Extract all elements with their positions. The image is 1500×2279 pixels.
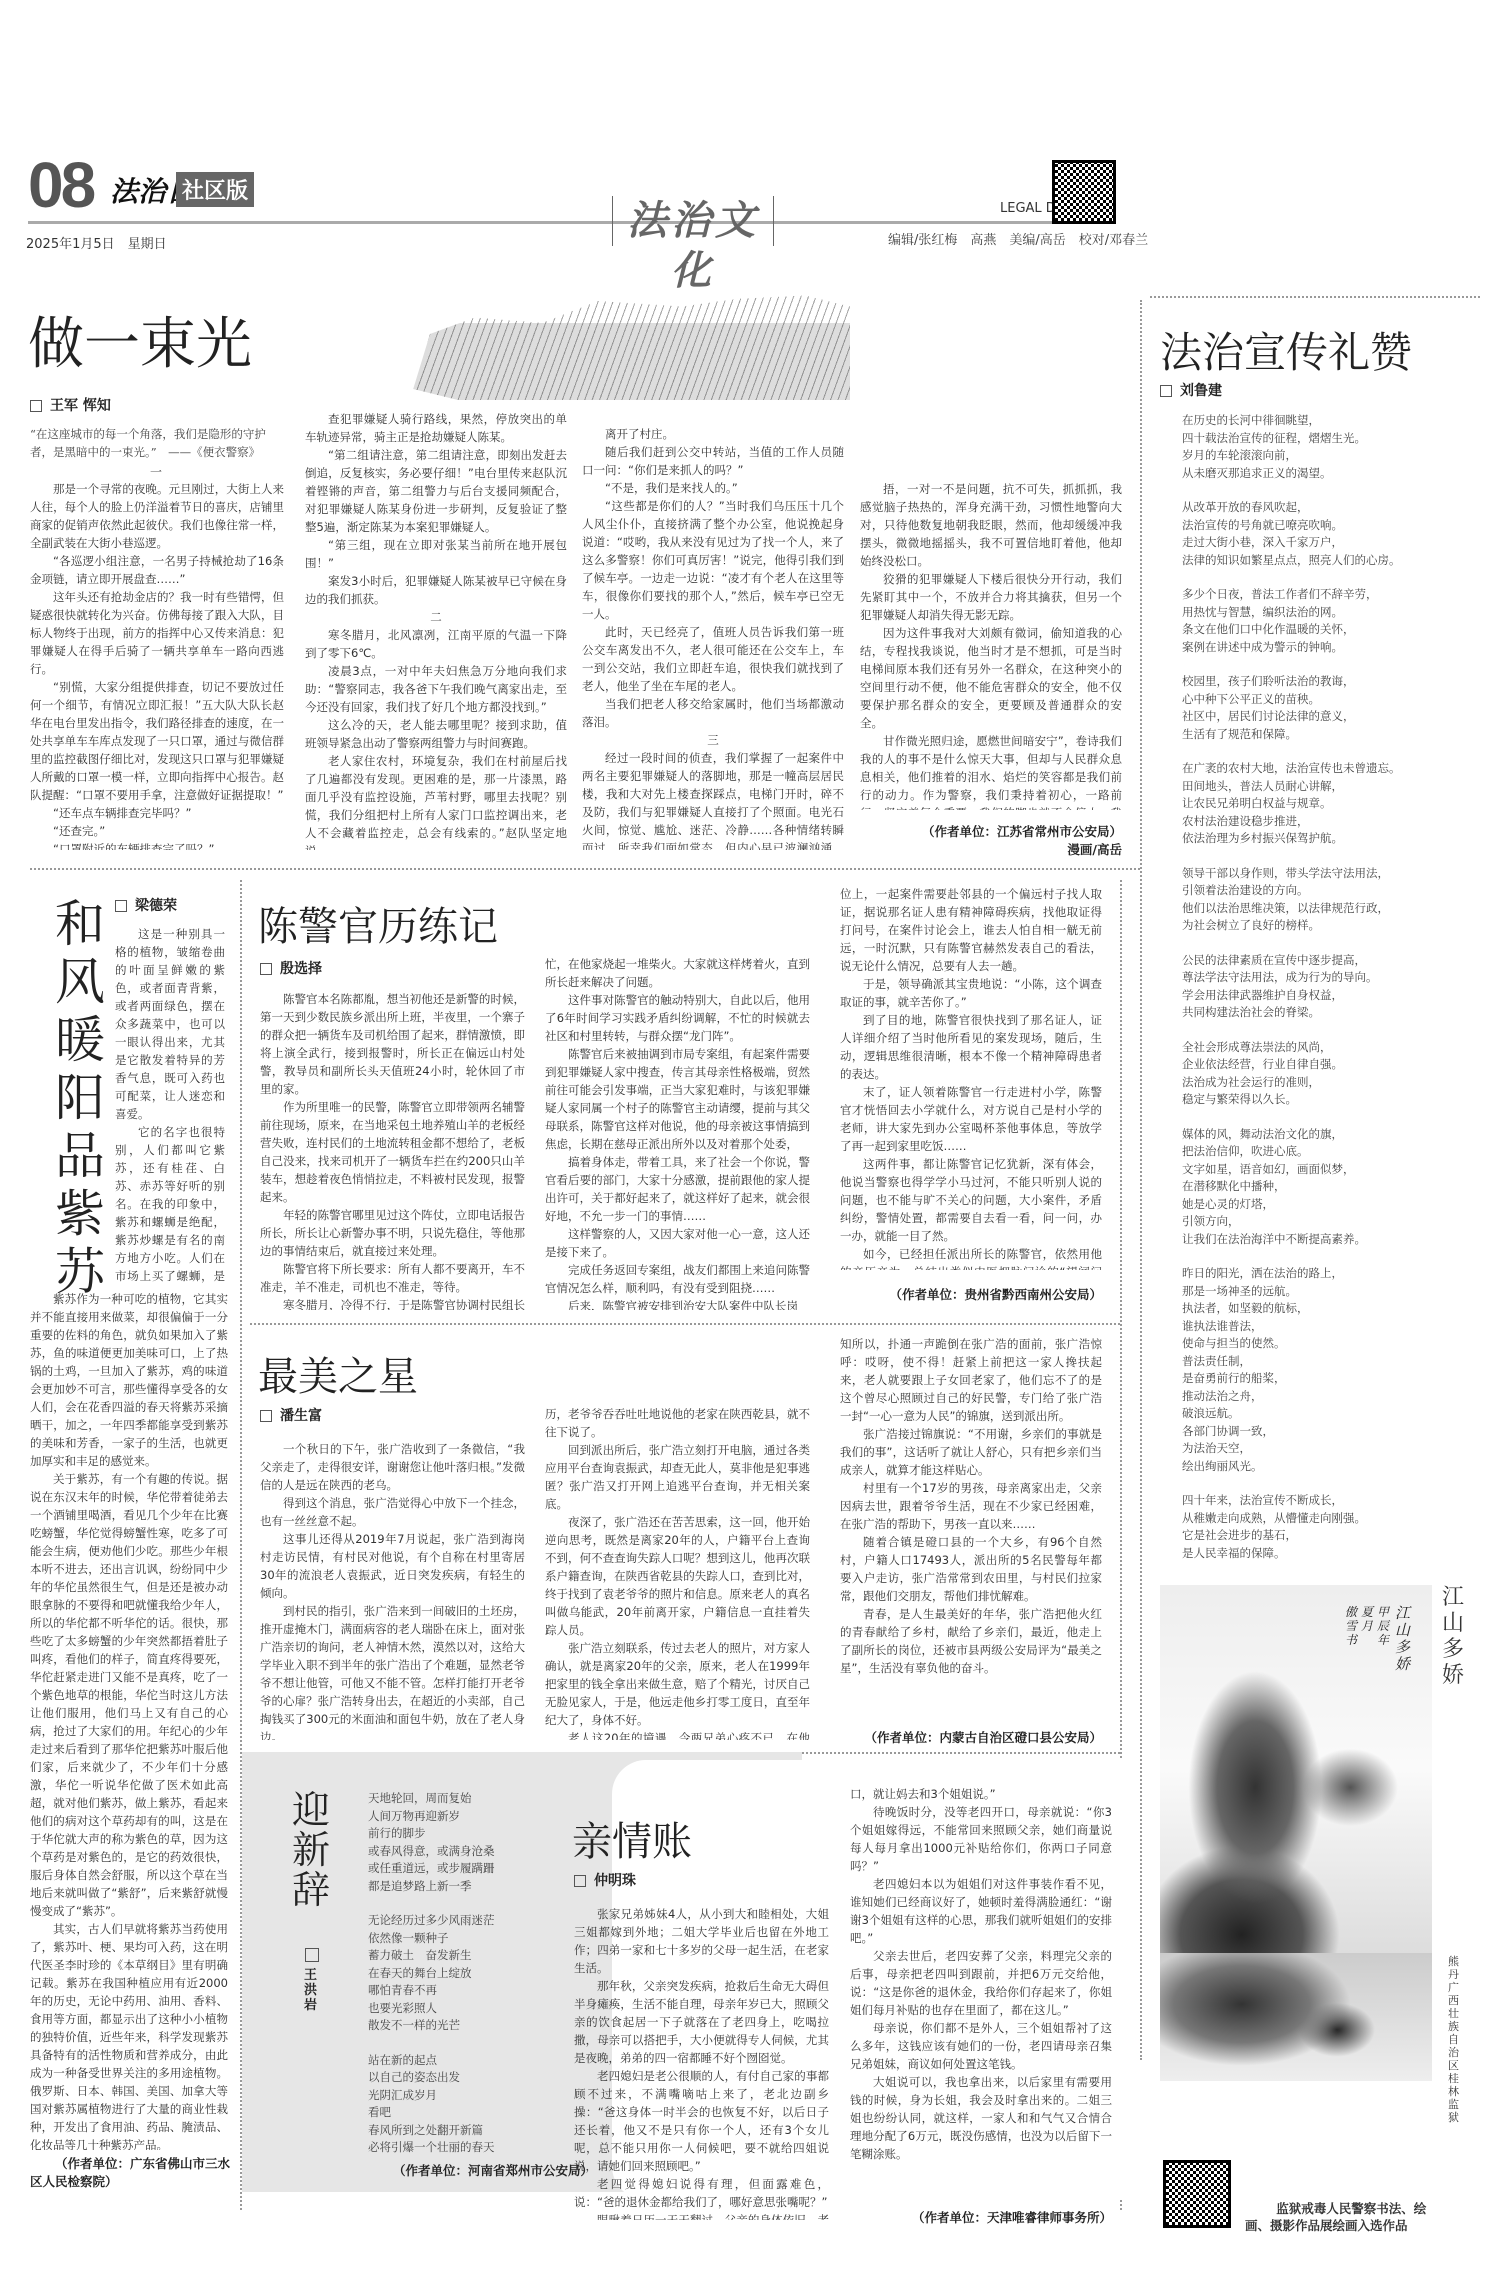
author-unit: （作者单位：内蒙古自治区磴口县公安局） <box>840 1728 1102 1746</box>
poem-stanza: 四十年来，法治宣传不断成长，从稚嫩走向成熟，从懵懂走向刚强。它是社会进步的基石，… <box>1182 1492 1482 1562</box>
paragraph: 离开了村庄。 <box>582 425 844 443</box>
calligraphy-inscription: 夏月 <box>1361 1605 1377 1633</box>
paragraph: 口，就让妈去和3个姐姐说。” <box>850 1785 1112 1803</box>
paragraph: 陈警官后来被抽调到市局专案组，有起案件需要到犯罪嫌疑人家中搜查，传言其母亲性格极… <box>545 1045 810 1153</box>
paragraph: “别慌，大家分组提供排查，切记不要放过任何一个细节，有情况立即汇报！”五大队大队… <box>30 678 284 804</box>
poem-line: 它是社会进步的基石， <box>1182 1527 1482 1545</box>
masthead-rule <box>28 221 1113 224</box>
qr-code-icon[interactable] <box>1052 160 1116 224</box>
poem-stanza: 全社会形成尊法崇法的风尚，企业依法经营，行业自律自强。法治成为社会运行的准则，稳… <box>1182 1039 1482 1109</box>
paragraph: 案发3小时后，犯罪嫌疑人陈某被早已守候在身边的我们抓获。 <box>305 572 567 608</box>
author: 刘鲁建 <box>1180 383 1222 399</box>
poem-line: 依法治理为乡村振兴保驾护航。 <box>1182 830 1482 848</box>
calligraphy-inscription: 江山多娇 <box>1395 1605 1411 1673</box>
paragraph: 得到这个消息，张广浩觉得心中放下一个挂念，也有一丝丝意不起。 <box>260 1494 525 1530</box>
author-unit: （作者单位：江苏省常州市公安局） <box>860 822 1122 840</box>
paragraph: 忙，在他家烧起一堆柴火。大家就这样烤着火，直到所长赶来解决了问题。 <box>545 955 810 991</box>
poem-line: 破浪远航。 <box>1182 1405 1482 1423</box>
author-unit: （作者单位：广东省佛山市三水区人民检察院） <box>30 2155 230 2191</box>
exhibit-note: 监狱戒毒人民警察书法、绘画、摄影作品展绘画入选作品 <box>1245 2200 1445 2234</box>
edition-badge: 社区版 <box>176 172 254 207</box>
poem-line: 全社会形成尊法崇法的风尚， <box>1182 1039 1482 1057</box>
paragraph: 后来，陈警官被安排到治安大队案件中队长岗 <box>545 1297 810 1310</box>
article-column: 口，就让妈去和3个姐姐说。” 待晚饭时分，没等老四开口，母亲就说：“你3个姐姐嫁… <box>850 1785 1112 2180</box>
byline-box-icon <box>260 1410 272 1422</box>
paragraph: 张家兄弟姊妹4人，从小到大和睦相处，大姐三姐都嫁到外地；二姐大学毕业后也留在外地… <box>574 1905 829 1977</box>
paragraph: 甘作微光照归途，愿燃世间暗安宁”，卷诗我们我的人的事不是什么惊天大事，但却与人民… <box>860 732 1122 810</box>
poem-line: 公民的法律素质在宣传中逐步提高， <box>1182 952 1482 970</box>
poem-line: 那是一场神圣的远航。 <box>1182 1283 1482 1301</box>
poem-line: 条文在他们口中化作温暖的关怀， <box>1182 621 1482 639</box>
poem-line: 法治成为社会运行的准则， <box>1182 1074 1482 1092</box>
divider <box>30 868 1140 870</box>
paragraph: 待晚饭时分，没等老四开口，母亲就说：“你3个姐姐嫁得远，不能常回来照顾父亲，她们… <box>850 1803 1112 1875</box>
poem-line: 在历史的长河中徘徊眺望， <box>1182 412 1482 430</box>
poem-line: 让我们在法治海洋中不断提高素养。 <box>1182 1231 1482 1249</box>
poem-line: 在潜移默化中播种， <box>1182 1178 1482 1196</box>
paragraph: 那年秋，父亲突发疾病，抢救后生命无大碍但半身瘫痪，生活不能自理，母亲年岁已大，照… <box>574 1977 829 2067</box>
paragraph: 老四觉得媳妇说得有理，但面露难色，说：“爸的退休金都给我们了，哪好意思张嘴呢？” <box>574 2175 829 2211</box>
page-number: 08 <box>28 155 93 215</box>
poem-stanza: 在广袤的农村大地，法治宣传也未曾遗忘。田间地头，普法人员耐心讲解，让农民兄弟明白… <box>1182 760 1482 848</box>
qr-code-icon[interactable] <box>1163 2160 1231 2228</box>
poem-line: 绘出绚丽风光。 <box>1182 1458 1482 1476</box>
paragraph: “不是，我们是来找人的。” <box>582 479 844 497</box>
issue-date: 2025年1月5日 星期日 <box>26 233 167 252</box>
article-column: 知所以，扑通一声跪倒在张广浩的面前，张广浩惊呼：哎呀，使不得！赶紧上前把这一家人… <box>840 1335 1102 1710</box>
paragraph: 寒冬腊月，北风凛冽，江南平原的气温一下降到了零下6℃。 <box>305 626 567 662</box>
poem-line: 引领方向， <box>1182 1213 1482 1231</box>
paragraph: 如今，已经担任派出所长的陈警官，依然用他的亲历亲为，总结出类似中医把脉问诊的“望… <box>840 1245 1102 1270</box>
article-column: 位上，一起案件需要赴邻县的一个偏远村子找人取证，据说那名证人患有精神障碍疾病，找… <box>840 885 1102 1270</box>
byline-box-icon <box>1160 385 1172 397</box>
paragraph: 这样警察的人，又因大家对他一心一意，这人还是接下来了。 <box>545 1225 810 1261</box>
poem-stanza: 昨日的阳光，洒在法治的路上，那是一场神圣的远航。执法者，如坚毅的航标，谁执法谁普… <box>1182 1265 1482 1475</box>
author-unit: （作者单位：河南省郑州市公安局） <box>368 2162 598 2180</box>
paragraph: “第三组，现在立即对张某当前所在地开展包围！” <box>305 536 567 572</box>
painting-caption: 熊丹 广西壮族自治区桂林监狱 <box>1448 1955 1462 2124</box>
author: 梁德荣 <box>135 898 177 914</box>
article-column: 查犯罪嫌疑人骑行路线，果然，停放突出的单车轨迹异常，骑主正是抢劫嫌疑人陈某。 “… <box>305 410 567 850</box>
byline-box-icon <box>305 1948 319 1962</box>
paragraph: 此时，天已经亮了，值班人员告诉我们第一班公交车离发出不久，老人很可能还在公交车上… <box>582 623 844 695</box>
paragraph: 夜深了，张广浩还在苦苦思索，这一回，他开始逆向思考，既然是离家20年的人，户籍平… <box>545 1513 810 1639</box>
paragraph: 回到派出所后，张广浩立刻打开电脑，通过各类应用平台查询袁振武，却查无此人，莫非他… <box>545 1441 810 1513</box>
section-title: 法治文化 <box>612 196 774 246</box>
article-column: 捂，一对一不是问题，抗不可失，抓抓抓，我感觉脑子热热的，浑身充满干劲，习惯性地警… <box>860 480 1122 810</box>
poem-line: 共同构建法治社会的脊梁。 <box>1182 1004 1482 1022</box>
paragraph: 狡猾的犯罪嫌疑人下楼后很快分开行动，我们先紧盯其中一个，不放并合力将其擒获，但另… <box>860 570 1122 624</box>
paragraph: 位上，一起案件需要赴邻县的一个偏远村子找人取证，据说那名证人患有精神障碍疾病，找… <box>840 885 1102 975</box>
poem-line: 校园里，孩子们聆听法治的教诲， <box>1182 673 1482 691</box>
poem-line: 在广袤的农村大地，法治宣传也未曾遗忘。 <box>1182 760 1482 778</box>
paragraph: 搞着身体走，带着工具，来了社会一个你说，警官看后要的部门，大家十分感激，提前跟他… <box>545 1153 810 1225</box>
poem-line: 推动法治之舟， <box>1182 1388 1482 1406</box>
paragraph: 随后我们赶到公交中转站，当值的工作人员随口一问：“你们是来抓人的吗？” <box>582 443 844 479</box>
paragraph: 当我们把老人移交给家属时，他们当场都激动落泪。 <box>582 695 844 731</box>
paragraph: 这件事对陈警官的触动特别大，自此以后，他用了6年时间学习实践矛盾纠纷调解，不忙的… <box>545 991 810 1045</box>
poem-line: 文字如星，语音如幻，画面似梦， <box>1182 1161 1482 1179</box>
paragraph: 这事儿还得从2019年7月说起，张广浩到海岗村走访民情，有村民对他说，有个自称在… <box>260 1530 525 1602</box>
author: 仲明珠 <box>594 1873 636 1889</box>
paragraph: 知所以，扑通一声跪倒在张广浩的面前，张广浩惊呼：哎呀，使不得！赶紧上前把这一家人… <box>840 1335 1102 1425</box>
paragraph: 父亲去世后，老四安葬了父亲，料理完父亲的后事，母亲把老四叫到跟前，并把6万元交给… <box>850 1947 1112 2019</box>
author-unit: （作者单位：贵州省黔西南州公安局） <box>840 1285 1102 1303</box>
paragraph: 这年头还有抢劫金店的？我一时有些错愕，但疑惑很快就转化为兴奋。仿佛每接了跟入大队… <box>30 588 284 678</box>
paragraph: 那是一个寻常的夜晚。元旦刚过，大街上人来人往，每个人的脸上仍洋溢着节日的喜庆，店… <box>30 480 284 552</box>
article-column: 一个秋日的下午，张广浩收到了一条微信，“我父亲走了，走得很安详，谢谢您让他叶落归… <box>260 1440 525 1740</box>
paragraph: 凌晨3点，一对中年夫妇焦急万分地向我们求助：“警察同志，我各爸下午我们晚气离家出… <box>305 662 567 716</box>
byline-star: 潘生富 <box>260 1405 322 1425</box>
byline-box-icon <box>115 900 127 912</box>
article-column-narrow: 这是一种别具一格的植物，皱缩卷曲的叶面呈鲜嫩的紫色，或者面青背紫，或者两面绿色，… <box>115 925 225 1285</box>
section-mark: 三 <box>582 731 844 749</box>
byline-light: 王军 恽知 <box>30 395 111 415</box>
poem-line: 把法治信仰，吹进心底。 <box>1182 1143 1482 1161</box>
poem-line: 生活有了规范和保障。 <box>1182 726 1482 744</box>
divider <box>1140 300 1142 2060</box>
editor-credits: 编辑/张红梅 高燕 美编/高岳 校对/邓春兰 <box>888 229 1148 248</box>
poem-line: 为法治天空， <box>1182 1440 1482 1458</box>
paragraph: 陈警官本名陈都胤，想当初他还是新警的时候，第一天到少数民族乡派出所上班，半夜里，… <box>260 990 525 1098</box>
poem-stanza: 公民的法律素质在宣传中逐步提高，尊法学法守法用法，成为行为的导向。学会用法律武器… <box>1182 952 1482 1022</box>
poem-line: 农村法治建设稳步推进， <box>1182 813 1482 831</box>
paragraph: 关于紫苏，有一个有趣的传说。据说在东汉末年的时候，华佗带着徒弟去一个酒铺里喝酒，… <box>30 1470 228 1920</box>
poem-line: 让农民兄弟明白权益与规章。 <box>1182 795 1482 813</box>
paragraph: 寒冬腊月，冷得不行，于是陈警官协调村民组长帮 <box>260 1296 525 1310</box>
paragraph: 紫苏作为一种可吃的植物，它其实并不能直接用来做菜，却很偏偏于一分重要的佐料的角色… <box>30 1290 228 1470</box>
praise-poem: 在历史的长河中徘徊眺望，四十载法治宣传的征程，熠熠生光。岁月的车轮滚滚向前，从未… <box>1182 412 1482 1579</box>
paragraph: 老四媳妇本以为姐姐们对这件事装作看不见，谁知她们已经商议好了，她顿时羞得满脸通红… <box>850 1875 1112 1947</box>
poem-line: 学会用法律武器维护自身权益， <box>1182 987 1482 1005</box>
author-unit: （作者单位：天津唯睿律师事务所） <box>850 2208 1112 2226</box>
poem-line: 天地轮回，周而复始 <box>368 1790 618 1808</box>
byline-perilla: 梁德荣 <box>115 895 177 915</box>
article-column: 陈警官本名陈都胤，想当初他还是新警的时候，第一天到少数民族乡派出所上班，半夜里，… <box>260 990 525 1310</box>
paragraph: 这么冷的天，老人能去哪里呢？接到求助，值班领导紧急出动了警察两组警力与时间赛跑。 <box>305 716 567 752</box>
poem-line: 是人民幸福的保障。 <box>1182 1545 1482 1563</box>
paragraph: 大姐说可以，我也拿出来，以后家里有需要用钱的时候，身为长姐，我会及时拿出来的。二… <box>850 2073 1112 2163</box>
poem-line: 尊法学法守法用法，成为行为的导向。 <box>1182 969 1482 987</box>
divider <box>250 1323 1120 1325</box>
poem-line: 企业依法经营，行业自律自强。 <box>1182 1056 1482 1074</box>
poem-line: 她是心灵的灯塔， <box>1182 1196 1482 1214</box>
poem-line: 田间地头，普法人员耐心讲解， <box>1182 778 1482 796</box>
epigraph: “在这座城市的每一个角落，我们是隐形的守护者，是黑暗中的一束光。” ——《便衣警… <box>30 425 284 461</box>
poem-line: 走过大街小巷，深入千家万户， <box>1182 534 1482 552</box>
poem-line: 昨日的阳光，洒在法治的路上， <box>1182 1265 1482 1283</box>
paragraph: “还车点车辆排查完毕吗？” <box>30 804 284 822</box>
article-column: 张家兄弟姊妹4人，从小到大和睦相处，大姐三姐都嫁到外地；二姐大学毕业后也留在外地… <box>574 1905 829 2220</box>
calligraphy-inscription: 甲辰年 <box>1377 1605 1393 1647</box>
painting-title: 江山多娇 <box>1442 1585 1468 1689</box>
section-mark-1: 一 <box>150 463 162 480</box>
poem-line: 四十年来，法治宣传不断成长， <box>1182 1492 1482 1510</box>
poem-line: 用热忱与智慧，编织法治的网。 <box>1182 604 1482 622</box>
landscape-painting-lower <box>1160 1953 1432 2081</box>
poem-line: 从未磨灭那追求正义的渴望。 <box>1182 465 1482 483</box>
paragraph: “口罩附近的车辆排查完了吗？” <box>30 840 284 850</box>
paragraph: 它的名字也很特别，人们都叫它紫苏，还有桂荏、白苏、赤苏等好听的别名。在我的印象中… <box>115 1123 225 1285</box>
paragraph: 作为所里唯一的民警，陈警官立即带领两名辅警前往现场，原来，在当地采包土地养殖山羊… <box>260 1098 525 1206</box>
paragraph: 查犯罪嫌疑人骑行路线，果然，停放突出的单车轨迹异常，骑主正是抢劫嫌疑人陈某。 <box>305 410 567 446</box>
section-mark: 二 <box>305 608 567 626</box>
paragraph: 张广浩立刻联系，传过去老人的照片，对方家人确认，就是离家20年的父亲，原来，老人… <box>545 1639 810 1729</box>
paragraph: 老四媳妇是老公很顺的人，有付自己家的事都顾不过来，不满嘴嘀咕上来了，老北边副乡操… <box>574 2067 829 2175</box>
calligraphy-inscription: 傲雪书 <box>1345 1605 1361 1647</box>
paragraph: 老人家住农村，环境复杂，我们在村前屋后找了几遍都没有发现。更困难的是，那一片漆黑… <box>305 752 567 850</box>
article-column: 离开了村庄。 随后我们赶到公交中转站，当值的工作人员随口一问：“你们是来抓人的吗… <box>582 425 844 850</box>
poem-line: 从稚嫩走向成熟，从懵懂走向刚强。 <box>1182 1510 1482 1528</box>
poem-line: 使命与担当的使然。 <box>1182 1335 1482 1353</box>
poem-line: 是奋勇前行的船桨， <box>1182 1370 1482 1388</box>
poem-stanza: 校园里，孩子们聆听法治的教诲，心中种下公平正义的苗秧。社区中，居民们讨论法律的意… <box>1182 673 1482 743</box>
poem-line: 引领着法治建设的方向。 <box>1182 882 1482 900</box>
author: 潘生富 <box>280 1408 322 1424</box>
poem-line: 为社会树立了良好的榜样。 <box>1182 917 1482 935</box>
author: 王洪岩 <box>304 1968 318 2013</box>
article-title-perilla: 和风暖阳品紫苏 <box>50 895 110 1301</box>
article-column: 紫苏作为一种可吃的植物，它其实并不能直接用来做菜，却很偏偏于一分重要的佐料的角色… <box>30 1290 228 2150</box>
poem-line: 案例在讲述中成为警示的钟响。 <box>1182 639 1482 657</box>
byline-chen: 殷选择 <box>260 958 322 978</box>
paragraph: 其实，古人们早就将紫苏当药使用了，紫苏叶、梗、果均可入药，这在明代医圣李时珍的《… <box>30 1920 228 2150</box>
author: 王军 恽知 <box>50 398 111 414</box>
paragraph: 完成任务返回专案组，战友们都围上来追问陈警官情况怎么样，顺利吗，有没有受到阻挠…… <box>545 1261 810 1297</box>
article-title-chen: 陈警官历练记 <box>258 895 498 952</box>
illustrator-credit: 漫画/高岳 <box>860 840 1122 858</box>
article-title-newyear: 迎新辞 <box>290 1790 332 1910</box>
article-title-light: 做一束光 <box>28 300 252 380</box>
poem-line: 他们以法治思维决策，以法律规范行政， <box>1182 900 1482 918</box>
paragraph: 历，老爷爷吞吞吐吐地说他的老家在陕西乾县，就不往下说了。 <box>545 1405 810 1441</box>
poem-stanza: 在历史的长河中徘徊眺望，四十载法治宣传的征程，熠熠生光。岁月的车轮滚滚向前，从未… <box>1182 412 1482 482</box>
article-title-family: 亲情账 <box>572 1810 692 1867</box>
poem-line: 四十载法治宣传的征程，熠熠生光。 <box>1182 430 1482 448</box>
paragraph: 捂，一对一不是问题，抗不可失，抓抓抓，我感觉脑子热热的，浑身充满干劲，习惯性地警… <box>860 480 1122 570</box>
poem-stanza: 媒体的风，舞动法治文化的旗，把法治信仰，吹进心底。文字如星，语音如幻，画面似梦，… <box>1182 1126 1482 1249</box>
poem-line: 普法责任制， <box>1182 1353 1482 1371</box>
paragraph: 一个秋日的下午，张广浩收到了一条微信，“我父亲走了，走得很安详，谢谢您让他叶落归… <box>260 1440 525 1494</box>
paragraph: 经过一段时间的侦查，我们掌握了一起案件中两名主要犯罪嫌疑人的落脚地，那是一幢高层… <box>582 749 844 850</box>
poem-line: 稳定与繁荣得以久长。 <box>1182 1091 1482 1109</box>
poem-line: 多少个日夜，普法工作者们不辞辛劳， <box>1182 586 1482 604</box>
poem-line: 法治宣传的号角就已嘹亮吹响。 <box>1182 517 1482 535</box>
poem-line: 法律的知识如繁星点点，照亮人们的心房。 <box>1182 552 1482 570</box>
author: 殷选择 <box>280 961 322 977</box>
byline-box-icon <box>30 400 42 412</box>
poem-line: 岁月的车轮滚滚向前， <box>1182 447 1482 465</box>
paragraph: 青春，是人生最美好的年华，张广浩把他火红的青春献给了乡村，献给了乡亲们，最近，他… <box>840 1605 1102 1677</box>
paragraph: 到村民的指引，张广浩来到一间破旧的土坯房，推开虚掩木门，满面病容的老人瑞卧在床上… <box>260 1602 525 1740</box>
paragraph: 这两件事，都让陈警官记忆犹新，深有体会，他说当警察也得学学小马过河，不能只听别人… <box>840 1155 1102 1245</box>
poem-line: 媒体的风，舞动法治文化的旗， <box>1182 1126 1482 1144</box>
paragraph: “这些都是你们的人？”当时我们乌压压十几个人风尘仆仆，直接挤满了整个办公室，他说… <box>582 497 844 623</box>
title-text: 和风暖阳品紫苏 <box>55 895 105 1301</box>
byline-praise: 刘鲁建 <box>1160 380 1222 400</box>
title-text: 迎新辞 <box>292 1788 330 1912</box>
poem-line: 谁执法谁普法， <box>1182 1318 1482 1336</box>
byline-box-icon <box>574 1875 586 1887</box>
paragraph: 末了，证人领着陈警官一行走进村小学，陈警官才恍悟回去小学就什么，对方说自己是村小… <box>840 1083 1102 1155</box>
poem-stanza: 从改革开放的春风吹起，法治宣传的号角就已嘹亮吹响。走过大街小巷，深入千家万户，法… <box>1182 499 1482 569</box>
paragraph: “还查完。” <box>30 822 284 840</box>
poem-stanza: 领导干部以身作则，带头学法守法用法，引领着法治建设的方向。他们以法治思维决策，以… <box>1182 865 1482 935</box>
paragraph: “各巡逻小组注意，一名男子持械抢劫了16条金项链，请立即开展盘查……” <box>30 552 284 588</box>
article-title-praise: 法治宣传礼赞 <box>1160 320 1412 380</box>
paragraph: 老人这20年的境遇，令两兄弟心疼不已，在他们的不断恳求下，5个子女从陕西省乾县前… <box>545 1729 810 1740</box>
article-title-star: 最美之星 <box>258 1345 418 1402</box>
poem-line: 心中种下公平正义的苗秧。 <box>1182 691 1482 709</box>
byline-box-icon <box>260 963 272 975</box>
paragraph: 随着合镇是磴口县的一个大乡，有96个自然村，户籍人口17493人，派出所的5名民… <box>840 1533 1102 1605</box>
paragraph: 村里有一个17岁的男孩，母亲离家出走，父亲因病去世，跟着爷爷生活，现在不少家已经… <box>840 1479 1102 1533</box>
poem-line: 各部门协调一致， <box>1182 1423 1482 1441</box>
paragraph: 这是一种别具一格的植物，皱缩卷曲的叶面呈鲜嫩的紫色，或者面青背紫，或者两面绿色，… <box>115 925 225 1123</box>
divider <box>1150 296 1480 298</box>
poem-line: 领导干部以身作则，带头学法守法用法， <box>1182 865 1482 883</box>
article-column: 忙，在他家烧起一堆柴火。大家就这样烤着火，直到所长赶来解决了问题。 这件事对陈警… <box>545 955 810 1310</box>
poem-line: 执法者，如坚毅的航标， <box>1182 1300 1482 1318</box>
poem-stanza: 多少个日夜，普法工作者们不辞辛劳，用热忱与智慧，编织法治的网。条文在他们口中化作… <box>1182 586 1482 656</box>
paragraph: “第二组请注意，第二组请注意，即刻出发赶去倒追，反复核实，务必要仔细！”电台里传… <box>305 446 567 536</box>
street-illustration-hatching <box>290 290 850 400</box>
byline-family: 仲明珠 <box>574 1870 636 1890</box>
paragraph: 于是，领导确派其宝贵地说：“小陈，这个调查取证的事，就辛苦你了。” <box>840 975 1102 1011</box>
paragraph: 眼瞅着日历一天天翻过，父亲的身体依旧，老四媳妇有些急了，天天催着老公：“我是儿媳… <box>574 2211 829 2220</box>
poem-line: 社区中，居民们讨论法律的意义， <box>1182 708 1482 726</box>
paragraph: 张广浩接过锦旗说：“不用谢，乡亲们的事就是我们的事”，这话听了就让人舒心，只有把… <box>840 1425 1102 1479</box>
paragraph: 年轻的陈警官哪里见过这个阵仗，立即电话报告所长，所长让心新警办事不明，只说先稳住… <box>260 1206 525 1260</box>
article-column: 历，老爷爷吞吞吐吐地说他的老家在陕西乾县，就不往下说了。 回到派出所后，张广浩立… <box>545 1405 810 1740</box>
poem-line: 从改革开放的春风吹起， <box>1182 499 1482 517</box>
article-column: 那是一个寻常的夜晚。元旦刚过，大街上人来人往，每个人的脸上仍洋溢着节日的喜庆，店… <box>30 480 284 850</box>
paragraph: 到了目的地，陈警官很快找到了那名证人，证人详细介绍了当时他所看见的案发现场，随后… <box>840 1011 1102 1083</box>
paragraph: 因为这件事我对大刘颇有微词，偷知道我的心结，专程找我谈说，他当时才是不想抓，可是… <box>860 624 1122 732</box>
paragraph: 陈警官将下所长要求：所有人都不要离开，车不准走，羊不准走，司机也不准走，等待。 <box>260 1260 525 1296</box>
paragraph: 母亲说，你们都不是外人，三个姐姐帮衬了这么多年，这钱应该有她们的一份，老四请母亲… <box>850 2019 1112 2073</box>
